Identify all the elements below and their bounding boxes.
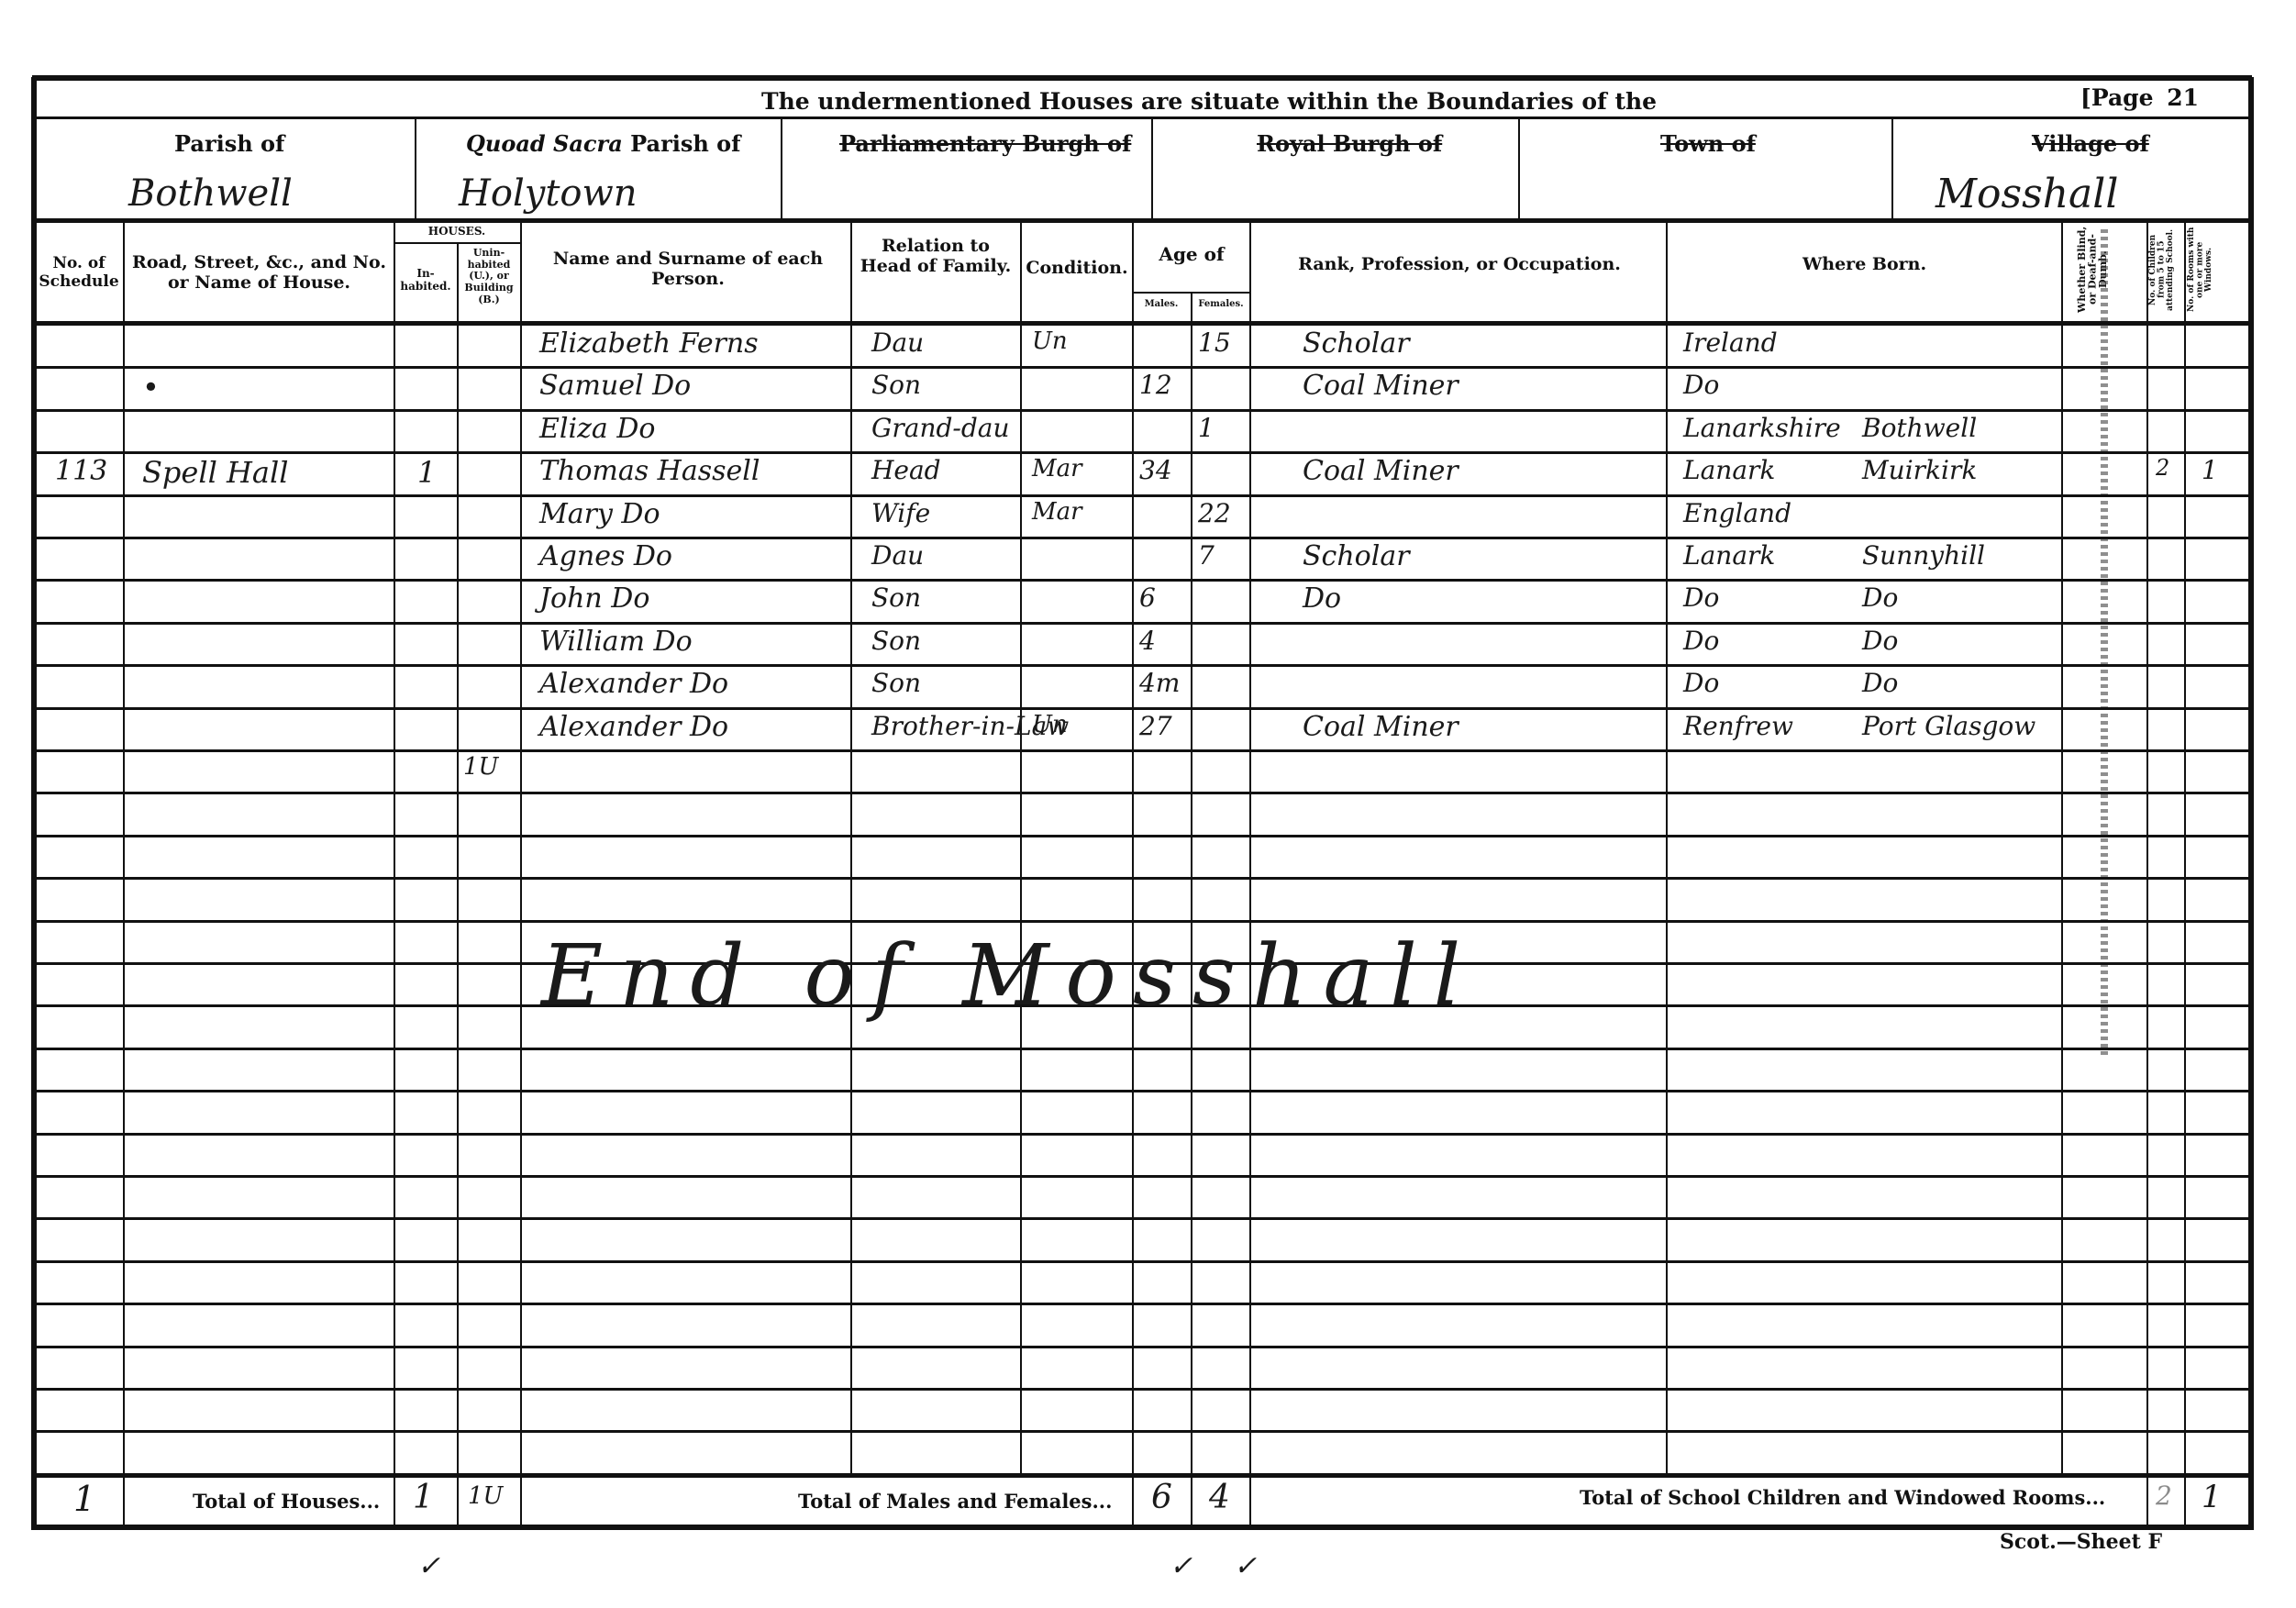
checkmark: ✓ (1234, 1550, 1257, 1582)
vline (520, 220, 522, 1527)
row-relation: Son (871, 370, 921, 400)
row-rule (32, 1346, 2252, 1348)
banner-text: The undermentioned Houses are situate wi… (761, 88, 1657, 115)
quoad-sacra-label: Quoad Sacra Parish of (466, 130, 740, 157)
row-name: Agnes Do (539, 540, 672, 572)
col-rooms-wrap: No. of Rooms with one or more Windows. (2186, 224, 2224, 319)
row-relation: Dau (871, 540, 924, 571)
col-windowed-rooms: No. of Rooms with one or more Windows. (2188, 224, 2223, 316)
totals-top-rule (32, 1473, 2252, 1478)
row-male-age: 27 (1139, 711, 1172, 741)
row-rule (32, 366, 2252, 369)
row-relation: Son (871, 668, 921, 698)
row-born-parish: Port Glasgow (1862, 711, 2035, 741)
row-rule (32, 1430, 2252, 1433)
row-female-age: 7 (1198, 540, 1215, 571)
row-female-age: 15 (1198, 327, 1231, 358)
row-rule (32, 877, 2252, 880)
row-condition: Un (1032, 327, 1068, 355)
row-born-parish: Bothwell (1862, 413, 1977, 443)
parish-value: Bothwell (128, 172, 293, 215)
row-female-age: 22 (1198, 498, 1231, 528)
row-female-age: 1 (1198, 413, 1215, 443)
row-rule (32, 1175, 2252, 1178)
total-inhabited: 1 (413, 1479, 434, 1516)
total-females: 4 (1209, 1479, 1230, 1516)
row-born-county: Do (1683, 668, 1719, 698)
row-name: Eliza Do (539, 413, 655, 445)
row-rule (32, 1217, 2252, 1220)
row-born-county: Lanark (1683, 540, 1775, 571)
total-persons-label: Total of Males and Females... (798, 1490, 1112, 1513)
total-houses-label: Total of Houses... (193, 1490, 380, 1513)
col-uninhabited: Unin-habited (U.), or Building (B.) (459, 248, 519, 305)
row-born-county: Do (1683, 582, 1719, 613)
row-schedule: 113 (55, 455, 107, 487)
row-rule (32, 920, 2252, 923)
col-name: Name and Surname of each Person. (532, 250, 844, 290)
row-condition: Un (1032, 711, 1068, 738)
vline (1132, 220, 1134, 1527)
row-uninhabited: 1U (463, 753, 498, 781)
total-uninhabited: 1U (468, 1482, 503, 1510)
row-relation: Dau (871, 327, 924, 358)
tear-stain (2101, 229, 2108, 1055)
row-occupation: Coal Miner (1303, 711, 1459, 743)
row-relation: Son (871, 626, 921, 656)
row-rule (32, 579, 2252, 582)
row-road: • (142, 370, 160, 405)
row-male-age: 12 (1139, 370, 1172, 400)
row-born-parish: Sunnyhill (1862, 540, 1985, 571)
vline (123, 220, 125, 1527)
row-rule (32, 451, 2252, 454)
banner-rule (32, 116, 2252, 119)
row-name: John Do (539, 582, 649, 615)
col-females: Females. (1192, 299, 1249, 310)
village-label: Village of (2032, 130, 2149, 157)
row-rule (32, 1133, 2252, 1136)
divider (1891, 117, 1893, 220)
row-rule (32, 1388, 2252, 1391)
row-male-age: 34 (1139, 455, 1172, 485)
row-born-parish: Do (1862, 582, 1898, 613)
row-name: Elizabeth Ferns (539, 327, 759, 360)
page-number: 21 (2167, 84, 2199, 111)
row-male-age: 4m (1139, 668, 1180, 698)
row-condition: Mar (1032, 455, 1082, 482)
row-name: Alexander Do (539, 711, 728, 743)
row-rule (32, 835, 2252, 837)
row-rule (32, 494, 2252, 497)
top-rule (32, 75, 2252, 81)
row-school-children: 2 (2156, 455, 2169, 481)
town-label: Town of (1660, 130, 1756, 157)
row-born-parish: Do (1862, 668, 1898, 698)
divider (415, 117, 416, 220)
checkmark: ✓ (1170, 1550, 1192, 1582)
royal-burgh-label: Royal Burgh of (1257, 130, 1442, 157)
col-condition: Condition. (1022, 259, 1132, 279)
row-rule (32, 622, 2252, 625)
row-rule (32, 1303, 2252, 1305)
row-born-county: Lanarkshire (1683, 413, 1841, 443)
row-born-parish: Muirkirk (1862, 455, 1977, 485)
row-rule (32, 749, 2252, 752)
total-school-label: Total of School Children and Windowed Ro… (1580, 1486, 2105, 1509)
village-value: Mosshall (1936, 171, 2118, 217)
total-school-children: 2 (2156, 1480, 2172, 1511)
divider (781, 117, 782, 220)
total-houses-count: 1 (73, 1479, 95, 1519)
row-rule (32, 1048, 2252, 1050)
row-name: Thomas Hassell (539, 455, 760, 487)
row-born-county: Do (1683, 370, 1719, 400)
divider (1151, 117, 1153, 220)
row-relation: Wife (871, 498, 930, 528)
parish-label: Parish of (174, 130, 284, 157)
row-occupation: Coal Miner (1303, 370, 1459, 402)
sheet-label: Scot.—Sheet F (2000, 1530, 2162, 1554)
quoad-sacra-value: Holytown (459, 172, 638, 215)
row-born-county: Ireland (1683, 327, 1778, 358)
col-age-group: Age of (1134, 244, 1249, 265)
row-born-county: Lanark (1683, 455, 1775, 485)
row-born-county: England (1683, 498, 1791, 528)
col-occupation: Rank, Profession, or Occupation. (1253, 255, 1666, 275)
boundaries-rule (32, 218, 2252, 223)
quoad-sacra-parish: Parish of (630, 130, 740, 157)
bottom-rule (32, 1525, 2252, 1530)
vline (2184, 220, 2186, 1527)
row-born-parish: Do (1862, 626, 1898, 656)
row-name: Alexander Do (539, 668, 728, 700)
row-condition: Mar (1032, 498, 1082, 526)
vline (1191, 292, 1192, 1527)
row-occupation: Scholar (1303, 540, 1410, 572)
vline (1249, 220, 1251, 1527)
row-occupation: Scholar (1303, 327, 1410, 360)
row-rule (32, 409, 2252, 412)
row-rule (32, 792, 2252, 794)
vline (457, 243, 459, 1527)
row-rule (32, 1090, 2252, 1092)
row-born-county: Renfrew (1683, 711, 1793, 741)
total-males: 6 (1151, 1479, 1172, 1516)
right-border (2248, 77, 2254, 1530)
checkmark: ✓ (417, 1550, 440, 1582)
col-where-born: Where Born. (1669, 255, 2059, 275)
row-relation: Son (871, 582, 921, 613)
row-rule (32, 537, 2252, 539)
vline (394, 220, 395, 1527)
end-of-district-annotation: End of Mosshall (541, 926, 1477, 1025)
row-occupation: Do (1303, 582, 1341, 615)
row-rule (32, 707, 2252, 710)
row-name: Samuel Do (539, 370, 691, 402)
page-label: [Page 21 (2080, 84, 2199, 111)
col-school-children: No. of Children from 5 to 15 attending S… (2149, 224, 2182, 316)
row-road: Spell Hall (142, 455, 288, 490)
vline (2146, 220, 2148, 1527)
col-houses-group: HOUSES. (394, 226, 519, 238)
row-windowed-rooms: 1 (2202, 455, 2218, 485)
row-name: William Do (539, 626, 693, 658)
col-males: Males. (1134, 299, 1189, 310)
row-rule (32, 664, 2252, 667)
col-road: Road, Street, &c., and No. or Name of Ho… (128, 253, 390, 294)
row-rule (32, 1260, 2252, 1263)
col-school-wrap: No. of Children from 5 to 15 attending S… (2148, 224, 2183, 319)
row-relation: Grand-dau (871, 413, 1010, 443)
col-inhabited: In-habited. (396, 268, 455, 294)
row-occupation: Coal Miner (1303, 455, 1459, 487)
parliamentary-burgh-label: Parliamentary Burgh of (839, 130, 1131, 157)
row-born-county: Do (1683, 626, 1719, 656)
row-relation: Head (871, 455, 941, 485)
row-male-age: 6 (1139, 582, 1156, 613)
header-rule (32, 321, 2252, 326)
divider (1518, 117, 1520, 220)
total-windowed-rooms: 1 (2202, 1479, 2222, 1515)
col-relation: Relation to Head of Family. (855, 237, 1016, 277)
quoad-sacra-italic: Quoad Sacra (466, 130, 623, 157)
row-male-age: 4 (1139, 626, 1156, 656)
page-label-text: [Page (2080, 84, 2154, 111)
row-name: Mary Do (539, 498, 660, 530)
left-border (31, 77, 37, 1530)
col-schedule: No. of Schedule (35, 255, 123, 291)
row-inhabited: 1 (417, 455, 436, 490)
